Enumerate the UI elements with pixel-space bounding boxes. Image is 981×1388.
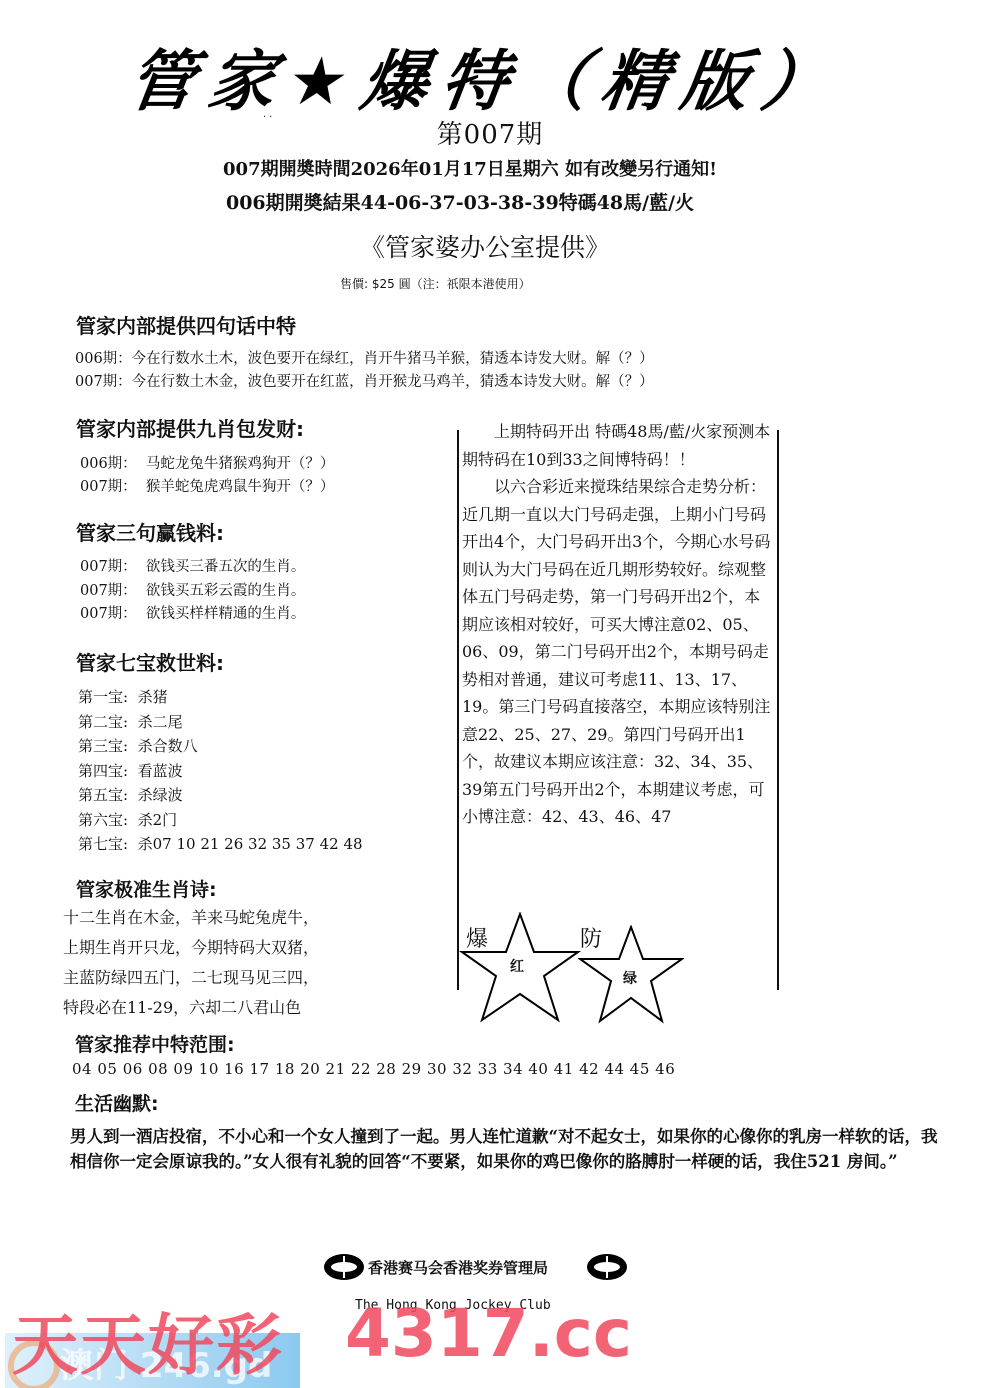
treasure-value: 看蓝波 — [138, 762, 183, 780]
treasure-label: 第五宝: — [78, 786, 128, 804]
period-label: 006期： — [80, 456, 137, 472]
treasure-label: 第六宝: — [78, 811, 128, 829]
section-heading-seven-treasures: 管家七宝救世料: — [76, 647, 224, 676]
section-heading-four-lines: 管家内部提供四句话中特 — [76, 310, 296, 339]
period-label: 007期： — [80, 559, 137, 575]
list-item: 第四宝: 看蓝波 — [78, 759, 363, 784]
list-item: 第二宝: 杀二尾 — [78, 710, 363, 735]
list-item: 第七宝: 杀07 10 21 26 32 35 37 42 48 — [78, 832, 363, 857]
price: 售價: $25 圓（注：祇限本港使用） — [340, 275, 640, 292]
hkjc-name-cn: 香港赛马会香港奖券管理局 — [368, 1257, 548, 1278]
treasure-value: 杀二尾 — [138, 713, 183, 731]
poem-line: 主蓝防绿四五门，二七现马见三四， — [63, 963, 319, 993]
draw-time: 007期開奬時間2026年01月17日星期六 如有改變另行通知! — [150, 155, 790, 181]
treasure-label: 第二宝: — [78, 713, 128, 731]
range-numbers: 04 05 06 08 09 10 16 17 18 20 21 22 28 2… — [72, 1060, 675, 1078]
treasure-value: 杀07 10 21 26 32 35 37 42 48 — [138, 835, 363, 853]
poem-line: 十二生肖在木金，羊来马蛇兔虎牛， — [63, 903, 319, 933]
humor-text: 男人到一酒店投宿，不小心和一个女人撞到了一起。男人连忙道歉“对不起女士，如果你的… — [70, 1124, 950, 1174]
list-item: 007期： 欲钱买样样精通的生肖。 — [80, 604, 305, 625]
zodiac-value: 马蛇龙兔牛猪猴鸡狗开（？） — [146, 456, 335, 472]
treasure-label: 第一宝: — [78, 688, 128, 706]
poem-lines: 十二生肖在木金，羊来马蛇兔虎牛， 上期生肖开只龙，今期特码大双猪， 主蓝防绿四五… — [63, 903, 319, 1023]
riddle-value: 欲钱买三番五次的生肖。 — [146, 559, 306, 575]
fang-color: 绿 — [623, 968, 637, 988]
period-label: 007期： — [80, 606, 137, 622]
treasure-label: 第七宝: — [78, 835, 128, 853]
poem-line: 上期生肖开只龙，今期特码大双猪， — [63, 933, 319, 963]
section-heading-three-lines: 管家三句赢钱料: — [76, 517, 224, 546]
bao-color: 红 — [510, 956, 524, 976]
page-title: 管家★爆特（精版） — [124, 28, 837, 118]
list-item: 第五宝: 杀绿波 — [78, 783, 363, 808]
treasure-label: 第四宝: — [78, 762, 128, 780]
provider: 《管家婆办公室提供》 — [320, 228, 650, 264]
section-heading-humor: 生活幽默: — [75, 1089, 159, 1116]
section-heading-nine-zodiac: 管家内部提供九肖包发财: — [76, 413, 304, 442]
poem-line: 特段必在11-29，六却二八君山色 — [63, 993, 319, 1023]
analysis-text: 上期特码开出 特碼48馬/藍/火家预测本期特码在10到33之间博特码！！ 以六合… — [462, 418, 772, 831]
issue-number: 第007期 — [380, 114, 600, 151]
section-heading-poem: 管家极准生肖诗: — [76, 875, 217, 902]
list-item: 006期： 马蛇龙兔牛猪猴鸡狗开（？） — [80, 454, 334, 475]
hkjc-logo-icon — [322, 1252, 366, 1282]
period-label: 007期： — [80, 583, 137, 599]
treasure-value: 杀2门 — [138, 811, 178, 829]
decorative-dots: ·· — [263, 112, 275, 123]
list-item: 007期： 欲钱买三番五次的生肖。 — [80, 557, 305, 578]
last-result: 006期開奬結果44-06-37-03-38-39特碼48馬/藍/火 — [180, 188, 740, 215]
list-item: 007期： 欲钱买五彩云霞的生肖。 — [80, 581, 305, 602]
treasure-value: 杀合数八 — [138, 737, 198, 755]
list-item: 第六宝: 杀2门 — [78, 808, 363, 833]
watermark-left: 天天好彩 — [12, 1292, 284, 1387]
treasure-value: 杀绿波 — [138, 786, 183, 804]
section-heading-range: 管家推荐中特范围: — [75, 1030, 235, 1057]
hkjc-logo-icon — [585, 1252, 629, 1282]
treasure-value: 杀猪 — [138, 688, 168, 706]
riddle-value: 欲钱买五彩云霞的生肖。 — [146, 583, 306, 599]
analysis-paragraph: 以六合彩近来搅珠结果综合走势分析：近几期一直以大门号码走强，上期小门号码开出4个… — [462, 473, 772, 831]
list-item: 第三宝: 杀合数八 — [78, 734, 363, 759]
watermark-right: 4317.cc — [345, 1295, 632, 1372]
list-item: 006期：今在行数水土木，波色要开在绿红，肖开牛猪马羊猴，猜透本诗发大财。解（？… — [75, 349, 654, 370]
zodiac-value: 猴羊蛇兔虎鸡鼠牛狗开（？） — [146, 479, 335, 495]
treasure-list: 第一宝: 杀猪 第二宝: 杀二尾 第三宝: 杀合数八 第四宝: 看蓝波 第五宝:… — [78, 685, 363, 857]
analysis-paragraph: 上期特码开出 特碼48馬/藍/火家预测本期特码在10到33之间博特码！！ — [462, 418, 772, 473]
riddle-value: 欲钱买样样精通的生肖。 — [146, 606, 306, 622]
list-item: 007期：今在行数土木金，波色要开在红蓝，肖开猴龙马鸡羊，猜透本诗发大财。解（？… — [75, 372, 654, 393]
period-label: 007期： — [80, 479, 137, 495]
list-item: 007期： 猴羊蛇兔虎鸡鼠牛狗开（？） — [80, 477, 334, 498]
list-item: 第一宝: 杀猪 — [78, 685, 363, 710]
treasure-label: 第三宝: — [78, 737, 128, 755]
